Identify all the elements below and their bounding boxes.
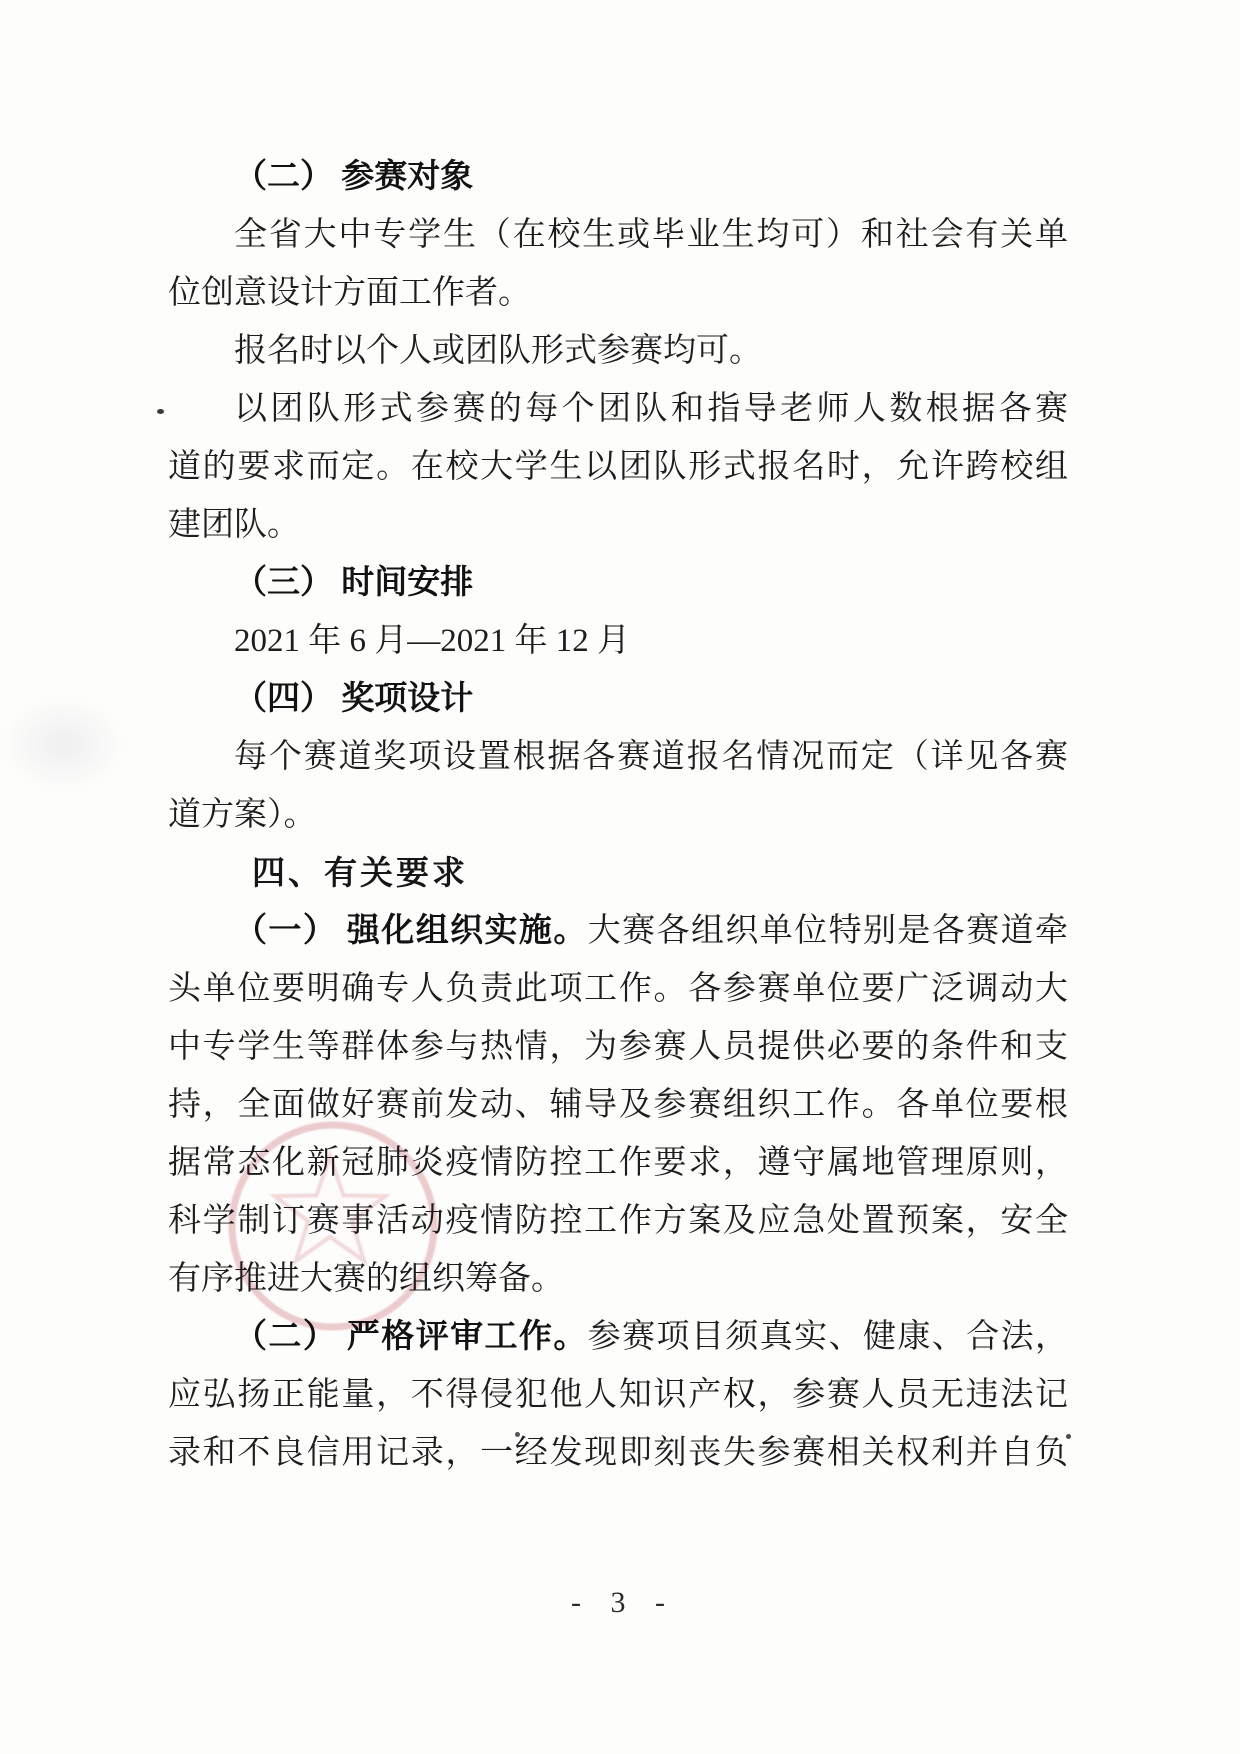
text-line: （一） 强化组织实施。大赛各组织单位特别是各赛道牵 <box>168 902 1068 960</box>
text-segment: 大赛各组织单位特别是各赛道牵 <box>588 913 1068 949</box>
text-segment: 持，全面做好赛前发动、辅导及参赛组织工作。各单位要根 <box>168 1087 1068 1123</box>
text-line: 全省大中专学生（在校生或毕业生均可）和社会有关单 <box>168 206 1068 264</box>
bold-text-segment: （四） 奖项设计 <box>234 681 473 717</box>
text-segment: 2021 年 6 月—2021 年 12 月 <box>234 623 630 659</box>
text-line: 据常态化新冠肺炎疫情防控工作要求，遵守属地管理原则， <box>168 1134 1068 1192</box>
h2-heading-line: （三） 时间安排 <box>168 554 1068 612</box>
h2-heading-line: （二） 参赛对象 <box>168 148 1068 206</box>
text-line: 报名时以个人或团队形式参赛均可。 <box>168 322 1068 380</box>
text-line: 头单位要明确专人负责此项工作。各参赛单位要广泛调动大 <box>168 960 1068 1018</box>
text-line: 每个赛道奖项设置根据各赛道报名情况而定（详见各赛 <box>168 728 1068 786</box>
ink-speck <box>1066 1434 1071 1439</box>
text-line: 建团队。 <box>168 496 1068 554</box>
text-segment: 头单位要明确专人负责此项工作。各参赛单位要广泛调动大 <box>168 971 1068 1007</box>
text-line: 持，全面做好赛前发动、辅导及参赛组织工作。各单位要根 <box>168 1076 1068 1134</box>
text-line: 位创意设计方面工作者。 <box>168 264 1068 322</box>
bold-text-segment: （二） 严格评审工作。 <box>234 1319 588 1355</box>
text-line: （二） 严格评审工作。参赛项目须真实、健康、合法， <box>168 1308 1068 1366</box>
text-segment: 有序推进大赛的组织筹备。 <box>168 1261 564 1297</box>
text-segment: 位创意设计方面工作者。 <box>168 275 531 311</box>
text-segment: 四、有关要求 <box>252 854 468 891</box>
text-segment: 应弘扬正能量，不得侵犯他人知识产权，参赛人员无违法记 <box>168 1377 1068 1413</box>
text-line: 以团队形式参赛的每个团队和指导老师人数根据各赛 <box>168 380 1068 438</box>
text-segment: 道的要求而定。在校大学生以团队形式报名时，允许跨校组 <box>168 449 1068 485</box>
h1-heading-line: 四、有关要求 <box>168 844 1068 902</box>
bold-text-segment: （一） 强化组织实施。 <box>234 913 588 949</box>
text-line: 道的要求而定。在校大学生以团队形式报名时，允许跨校组 <box>168 438 1068 496</box>
text-segment: 每个赛道奖项设置根据各赛道报名情况而定（详见各赛 <box>234 739 1068 775</box>
h2-heading-line: （四） 奖项设计 <box>168 670 1068 728</box>
bold-text-segment: （二） 参赛对象 <box>234 159 473 195</box>
text-segment: 参赛项目须真实、健康、合法， <box>588 1319 1068 1355</box>
scan-smudge <box>0 696 126 792</box>
text-segment: 报名时以个人或团队形式参赛均可。 <box>234 333 762 369</box>
document-page: （二） 参赛对象全省大中专学生（在校生或毕业生均可）和社会有关单位创意设计方面工… <box>0 0 1240 1754</box>
ink-speck <box>157 409 164 414</box>
text-line: 2021 年 6 月—2021 年 12 月 <box>168 612 1068 670</box>
text-line: 科学制订赛事活动疫情防控工作方案及应急处置预案，安全 <box>168 1192 1068 1250</box>
text-line: 中专学生等群体参与热情，为参赛人员提供必要的条件和支 <box>168 1018 1068 1076</box>
text-line: 应弘扬正能量，不得侵犯他人知识产权，参赛人员无违法记 <box>168 1366 1068 1424</box>
page-number: - 3 - <box>0 1586 1240 1620</box>
text-segment: 建团队。 <box>168 507 300 543</box>
text-line: 道方案）。 <box>168 786 1068 844</box>
document-content: （二） 参赛对象全省大中专学生（在校生或毕业生均可）和社会有关单位创意设计方面工… <box>168 148 1068 1482</box>
text-segment: 道方案）。 <box>168 797 317 833</box>
text-segment: 全省大中专学生（在校生或毕业生均可）和社会有关单 <box>234 217 1068 253</box>
text-segment: 录和不良信用记录，一经发现即刻丧失参赛相关权利并自负 <box>168 1435 1068 1471</box>
ink-speck <box>515 1432 520 1437</box>
text-line: 录和不良信用记录，一经发现即刻丧失参赛相关权利并自负 <box>168 1424 1068 1482</box>
text-segment: 以团队形式参赛的每个团队和指导老师人数根据各赛 <box>234 391 1068 427</box>
text-line: 有序推进大赛的组织筹备。 <box>168 1250 1068 1308</box>
text-segment: 科学制订赛事活动疫情防控工作方案及应急处置预案，安全 <box>168 1203 1068 1239</box>
bold-text-segment: （三） 时间安排 <box>234 565 473 601</box>
text-segment: 据常态化新冠肺炎疫情防控工作要求，遵守属地管理原则， <box>168 1145 1068 1181</box>
text-segment: 中专学生等群体参与热情，为参赛人员提供必要的条件和支 <box>168 1029 1068 1065</box>
